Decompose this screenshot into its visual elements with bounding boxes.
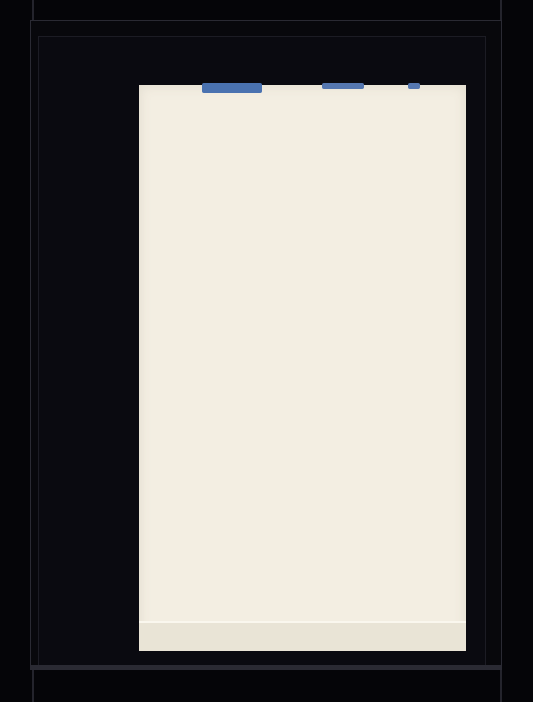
- paper-remnant-middle: [322, 83, 364, 89]
- paper-remnant-right: [408, 83, 420, 89]
- sleeve-bottom-edge: [30, 665, 502, 669]
- paper-remnant-left: [202, 83, 262, 93]
- card-back: [139, 85, 466, 651]
